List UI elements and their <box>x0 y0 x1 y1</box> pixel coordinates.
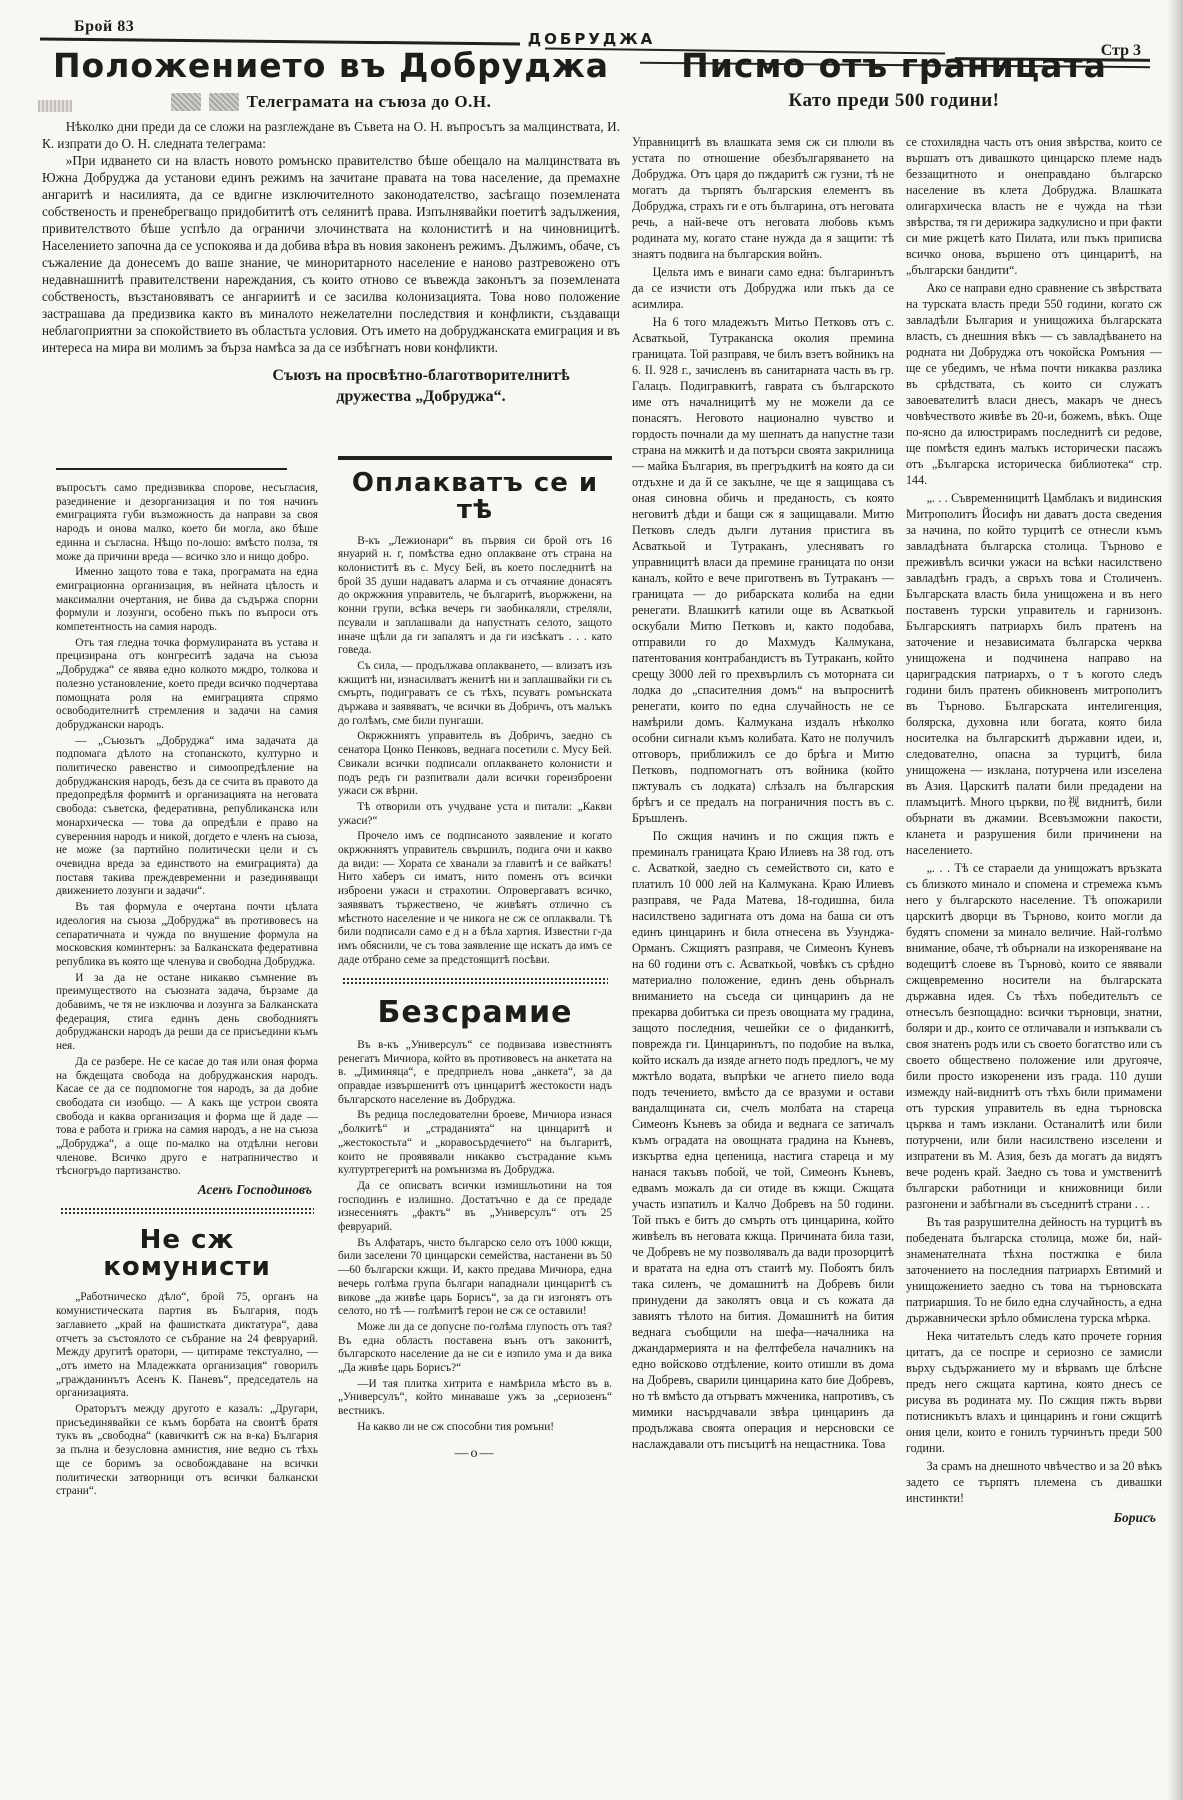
paragraph: Нѣколко дни преди да се сложи на разглеж… <box>42 118 620 152</box>
column-letter-left: Управницитѣ въ влашката земя сж си плюли… <box>632 134 894 1794</box>
paragraph: И за да не остане никакво съмнение въ пр… <box>56 972 318 1054</box>
paragraph: За срамъ на днешното чвѣчество и за 20 в… <box>906 1458 1162 1506</box>
signature-line: Съюзъ на просвѣтно-благотворителнитѣ <box>222 366 620 387</box>
paragraph: На какво ли не сж способни тия ромъни! <box>338 1421 612 1435</box>
paragraph: —И тая плитка хитрита е намѣрила мѣсто в… <box>338 1378 612 1419</box>
paragraph: Прочело имъ се подписаното заявление и к… <box>338 830 612 967</box>
article-headline: Безсрамие <box>338 997 612 1029</box>
print-artifact <box>38 100 72 112</box>
article-headline: Писмо отъ границата <box>624 48 1164 84</box>
article-subtitle: Телеграмата на съюза до О.Н. <box>247 92 492 112</box>
stamp-mark-icon <box>171 93 201 111</box>
dotted-divider <box>60 1207 314 1215</box>
paragraph: Да се разбере. Не се касае до тая или он… <box>56 1056 318 1179</box>
article-headline: Положението въ Добруджа <box>42 48 620 84</box>
article-signature: Борисъ <box>906 1510 1162 1526</box>
paragraph: се стохилядна часть отъ ония звѣрства, к… <box>906 134 1162 278</box>
paragraph: Окржжниятъ управитель въ Добричъ, заедно… <box>338 730 612 799</box>
paragraph: В-къ „Лежионари“ въ първия си брой отъ 1… <box>338 535 612 658</box>
paragraph: „Работническо дѣло“, брой 75, органъ на … <box>56 1291 318 1401</box>
paragraph: Въ тая разрушителна дейность на турцитѣ … <box>906 1214 1162 1326</box>
paragraph: По сжщия начинъ и по сжщия пжть е премин… <box>632 828 894 1452</box>
article-end-mark: —о— <box>338 1447 612 1461</box>
paragraph: Въ редица последователни броеве, Мичиора… <box>338 1109 612 1178</box>
paragraph: Именно защото това е така, програмата на… <box>56 566 318 635</box>
article-letter-header: Писмо отъ границата Като преди 500 годин… <box>624 48 1164 112</box>
paragraph: Ораторътъ между другото е казалъ: „Друга… <box>56 1403 318 1499</box>
paragraph: Съ сила, — продължава оплакването, — вли… <box>338 660 612 729</box>
article-signature: Съюзъ на просвѣтно-благотворителнитѣ дру… <box>42 366 620 408</box>
paragraph: Ако се направи едно сравнение съ звѣрств… <box>906 280 1162 488</box>
paragraph: Отъ тая гледна точка формулираната въ ус… <box>56 637 318 733</box>
paragraph: Може ли да се допусне по-голѣма глупость… <box>338 1321 612 1376</box>
article-subtitle: Като преди 500 години! <box>624 90 1164 112</box>
paragraph: Въ тая формула е очертана почти цѣлата и… <box>56 901 318 970</box>
article-signature: Асенъ Господиновъ <box>56 1183 318 1197</box>
article-headline: Не сж комунисти <box>56 1227 318 1282</box>
paragraph: Цельта имъ е винаги само една: българинъ… <box>632 264 894 312</box>
paragraph: Нека читательтъ следъ като прочете горни… <box>906 1328 1162 1456</box>
paragraph: „. . . Тѣ се стараели да унищожатъ връзк… <box>906 860 1162 1212</box>
stamp-mark-icon <box>209 93 239 111</box>
telegram-text: Нѣколко дни преди да се сложи на разглеж… <box>42 118 620 356</box>
article-situation: Положението въ Добруджа Телеграмата на с… <box>42 48 620 408</box>
paragraph: — „Съюзьтъ „Добруджа“ има задачата да по… <box>56 735 318 899</box>
paragraph: „. . . Съвременницитѣ Цамблакъ и видинск… <box>906 490 1162 858</box>
paragraph: въпросътъ само предизвиква спорове, несъ… <box>56 482 318 564</box>
column-letter-right: се стохилядна часть отъ ония звѣрства, к… <box>906 134 1162 1794</box>
paragraph: Въ в-къ „Универсулъ“ се подвизава извест… <box>338 1039 612 1108</box>
paragraph: На 6 того младежътъ Митьо Петковъ отъ с.… <box>632 314 894 826</box>
column-middle: Оплакватъ се и тѣ В-къ „Лежионари“ въ пъ… <box>338 456 612 1796</box>
signature-line: дружества „Добруджа“. <box>222 387 620 408</box>
paragraph: Управницитѣ въ влашката земя сж си плюли… <box>632 134 894 262</box>
newspaper-page: Брой 83 ДОБРУДЖА Стр 3 Положението въ До… <box>0 0 1183 1800</box>
column-left: въпросътъ само предизвиква спорове, несъ… <box>56 468 318 1788</box>
dotted-divider <box>342 977 608 985</box>
article-headline: Оплакватъ се и тѣ <box>338 470 612 525</box>
paragraph: Въ Алфатаръ, чисто българско село отъ 10… <box>338 1237 612 1319</box>
section-rule <box>56 468 287 470</box>
section-rule <box>338 456 612 460</box>
paragraph: Тѣ отворили отъ учудване уста и питали: … <box>338 801 612 828</box>
paragraph: Да се описватъ всички измишльотини на то… <box>338 1180 612 1235</box>
paragraph: »При идването си на власть новото ромънс… <box>42 152 620 356</box>
